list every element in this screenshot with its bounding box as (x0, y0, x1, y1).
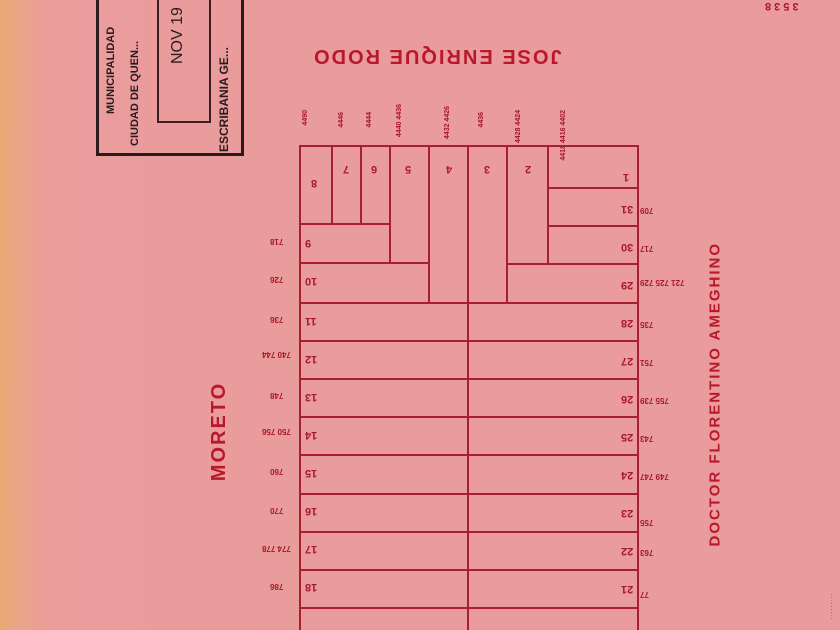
lot-label: 9 (305, 237, 311, 249)
lot-label: 7 (343, 163, 349, 175)
house-number: 718 (270, 237, 283, 246)
frontage-number: 4436 (478, 112, 485, 128)
frontage-number: 4440 4436 (396, 104, 403, 137)
lot-label: 3 (484, 163, 490, 175)
house-number: 736 (270, 315, 283, 324)
house-number: 77 (640, 590, 649, 599)
house-number: 749 747 (640, 472, 669, 481)
stamp-line-1: MUNICIPALIDAD (105, 27, 117, 114)
stamp-date: NOV 19 (169, 7, 187, 64)
lot-label: 23 (621, 507, 633, 519)
frontage-number: 4428 4424 (515, 110, 522, 143)
lot-label: 31 (621, 203, 633, 215)
house-number: 763 (640, 548, 653, 557)
house-number: 755 (640, 518, 653, 527)
lot-label: 25 (621, 431, 633, 443)
house-number: 726 (270, 275, 283, 284)
house-number: 755 739 (640, 396, 669, 405)
house-number: 770 (270, 506, 283, 515)
house-number: 786 (270, 582, 283, 591)
house-number: 750 756 (262, 427, 291, 436)
lot-label: 4 (446, 163, 452, 175)
house-number: 721 725 729 (640, 278, 685, 287)
lot-label: 17 (305, 543, 317, 555)
lot-label: 21 (621, 583, 633, 595)
lot-label: 26 (621, 393, 633, 405)
lot-label: 1 (623, 171, 629, 183)
margin-note: ········· (826, 20, 836, 620)
lot-label: 12 (305, 353, 317, 365)
stamp-line-2: CIUDAD DE QUEN... (129, 41, 141, 146)
street-right-label: DOCTOR FLORENTINO AMEGHINO (707, 247, 724, 547)
stamp-line-3: ESCRIBANIA GE... (217, 47, 231, 152)
lot-label: 27 (621, 355, 633, 367)
lot-label: 28 (621, 317, 633, 329)
lot-label: 14 (305, 429, 317, 441)
street-top-label: JOSE ENRIQUE RODO (312, 44, 562, 67)
lot-label: 10 (305, 275, 317, 287)
corner-marks: 3 5 3 8 (765, 0, 799, 12)
lot-label: 6 (371, 163, 377, 175)
house-number: 774 778 (262, 544, 291, 553)
house-number: 735 (640, 320, 653, 329)
municipal-stamp: MUNICIPALIDAD CIUDAD DE QUEN... NOV 19 E… (96, 0, 244, 156)
lot-label: 2 (525, 163, 531, 175)
lot-label: 29 (621, 279, 633, 291)
frontage-number: 4432 4426 (444, 106, 451, 139)
frontage-number: 4444 (366, 112, 373, 128)
lot-label: 24 (621, 469, 633, 481)
house-number: 717 (640, 244, 653, 253)
lot-label: 18 (305, 581, 317, 593)
frontage-number: 4490 (302, 110, 309, 126)
house-number: 709 (640, 206, 653, 215)
lot-label: 22 (621, 545, 633, 557)
house-number: 740 744 (262, 350, 291, 359)
frontage-number: 4446 (338, 112, 345, 128)
lot-label: 16 (305, 505, 317, 517)
house-number: 748 (270, 391, 283, 400)
lot-label: 13 (305, 391, 317, 403)
lot-label: 15 (305, 467, 317, 479)
lot-label: 8 (311, 177, 317, 189)
house-number: 751 (640, 358, 653, 367)
lot-label: 11 (305, 315, 317, 327)
lot-label: 5 (405, 163, 411, 175)
house-number: 743 (640, 434, 653, 443)
house-number: 760 (270, 467, 283, 476)
block-plan: 8 7 6 5 4 3 2 1 9 10 11 12 13 14 15 16 1… (299, 145, 639, 630)
lot-label: 30 (621, 241, 633, 253)
street-left-label: MORETO (208, 382, 231, 481)
